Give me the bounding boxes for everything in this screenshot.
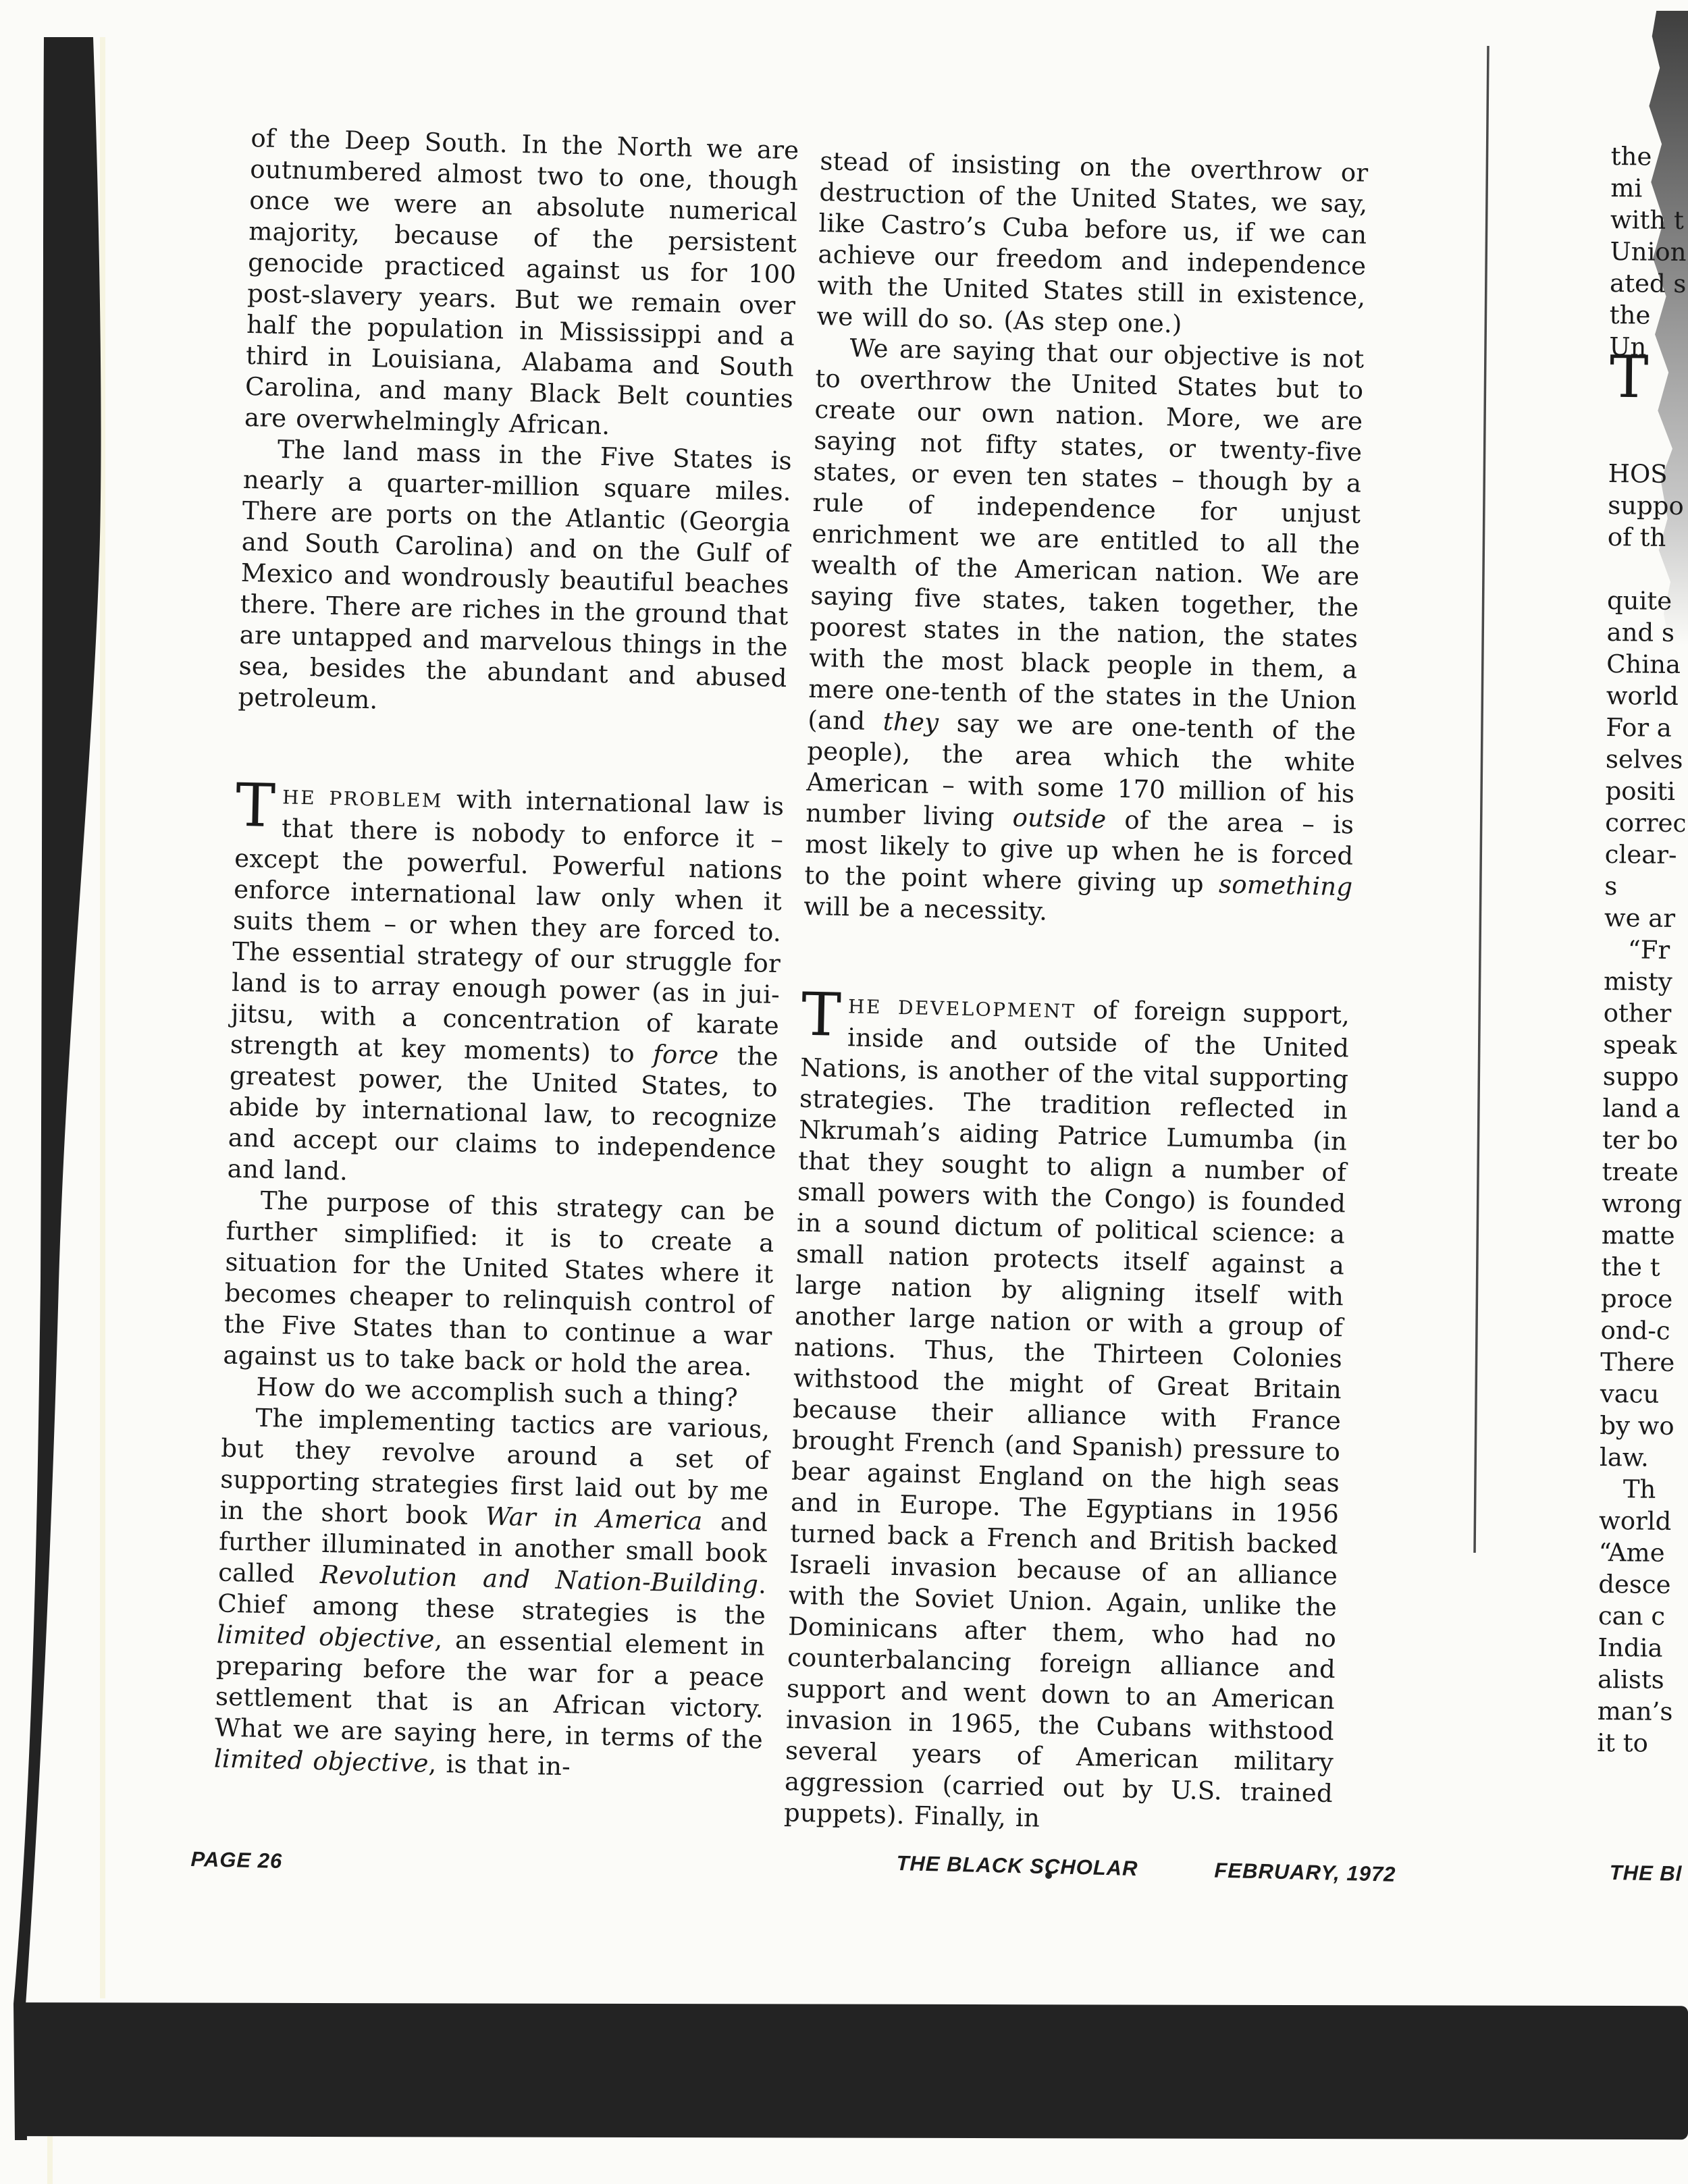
paragraph: The implementing tactics are various, bu…	[213, 1402, 770, 1787]
paragraph: of the Deep South. In the North we are o…	[244, 123, 799, 446]
scan-crease-strip-bottom	[47, 2135, 53, 2184]
column-2: stead of insisting on the overthrow or d…	[784, 146, 1369, 1840]
spine-shadow-bar	[14, 37, 101, 2140]
scan-crease-strip	[100, 37, 105, 1998]
journal-title: THE BLACK SCHOLAR	[896, 1851, 1138, 1881]
scanned-page: of the Deep South. In the North we are o…	[0, 0, 1688, 2184]
column-1: of the Deep South. In the North we are o…	[213, 123, 799, 1787]
footer-journal-line: THE BLACK SCHOLAR FEBRUARY, 1972	[896, 1851, 1396, 1887]
bottom-scan-bar	[19, 2002, 1688, 2139]
paragraph: We are saying that our objective is not …	[803, 332, 1365, 934]
footer-right-fragment: THE Bl	[1609, 1861, 1688, 1886]
column-separator-line	[1475, 46, 1488, 1553]
paragraph: The land mass in the Five States is near…	[238, 433, 792, 725]
paragraph-dropcap: THE PROBLEM with international law is th…	[227, 779, 784, 1197]
issue-date: FEBRUARY, 1972	[1214, 1859, 1396, 1887]
paragraph-dropcap: THE DEVELOPMENT of foreign support, insi…	[784, 988, 1350, 1840]
page-number: PAGE 26	[190, 1847, 282, 1873]
paragraph: The purpose of this strategy can be furt…	[223, 1185, 775, 1383]
dropcap-t: T	[1610, 354, 1649, 401]
paragraph: stead of insisting on the overthrow or d…	[816, 146, 1369, 344]
